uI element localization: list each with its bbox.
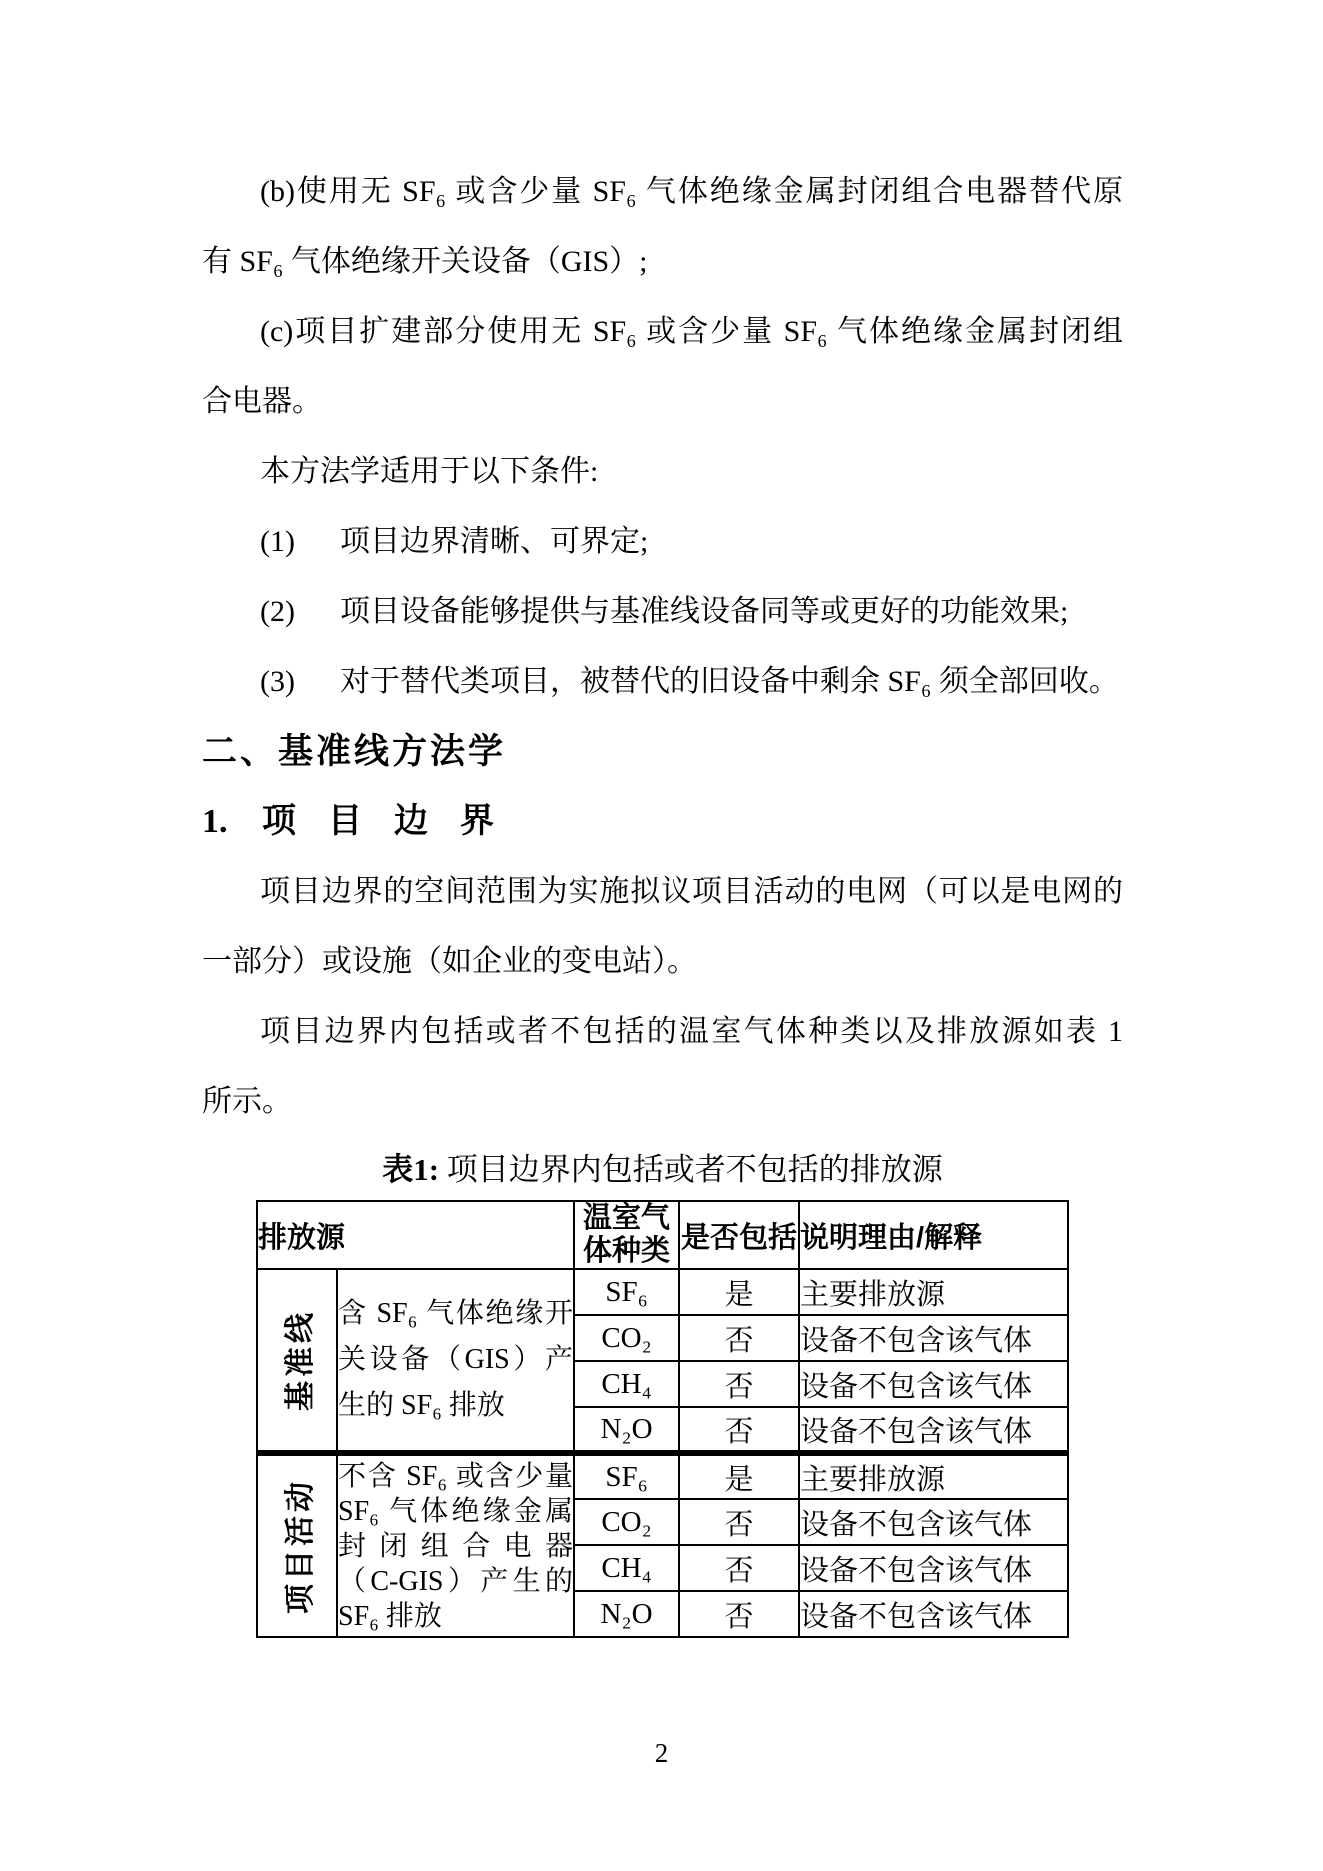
desc-line: SF₆ 气体绝缘金属 — [338, 1494, 573, 1529]
emissions-table: 排放源 温室气 体种类 是否包括 说明理由/解释 基准线 含 SF₆ 气体绝缘开… — [256, 1200, 1069, 1638]
header-source: 排放源 — [257, 1201, 574, 1269]
paragraph-line: 项目边界内包括或者不包括的温室气体种类以及排放源如表 1 — [202, 997, 1123, 1067]
gas-cell: CO₂ — [574, 1499, 679, 1545]
header-reason: 说明理由/解释 — [799, 1201, 1068, 1269]
paragraph-line: (b)使用无 SF₆ 或含少量 SF₆ 气体绝缘金属封闭组合电器替代原 — [202, 157, 1123, 227]
desc-line: 封闭组合电器 — [338, 1529, 573, 1564]
group-desc-baseline: 含 SF₆ 气体绝缘开 关设备（GIS）产 生的 SF₆ 排放 — [337, 1269, 574, 1453]
paragraph-line: 项目边界的空间范围为实施拟议项目活动的电网（可以是电网的 — [202, 857, 1123, 927]
list-item-text: 项目边界清晰、可界定; — [340, 525, 648, 558]
list-item: (2)项目设备能够提供与基准线设备同等或更好的功能效果; — [202, 577, 1123, 647]
include-cell: 是 — [679, 1269, 799, 1315]
desc-line: 不含 SF₆ 或含少量 — [338, 1459, 573, 1494]
gas-cell: SF₆ — [574, 1453, 679, 1499]
list-item-marker: (1) — [260, 507, 340, 577]
paragraph-line: (c)项目扩建部分使用无 SF₆ 或含少量 SF₆ 气体绝缘金属封闭组 — [202, 297, 1123, 367]
page-number: 2 — [0, 1738, 1323, 1769]
table-caption-text: 项目边界内包括或者不包括的排放源 — [447, 1152, 943, 1187]
header-gas-line1: 温室气 — [575, 1202, 678, 1235]
reason-cell: 设备不包含该气体 — [799, 1591, 1068, 1637]
table-header-row: 排放源 温室气 体种类 是否包括 说明理由/解释 — [257, 1201, 1068, 1269]
gas-cell: CH₄ — [574, 1361, 679, 1407]
list-item-marker: (2) — [260, 577, 340, 647]
desc-line: 生的 SF₆ 排放 — [338, 1383, 573, 1429]
paragraph-line: 合电器。 — [202, 367, 1123, 437]
group-label-text: 基准线 — [275, 1309, 319, 1411]
reason-cell: 设备不包含该气体 — [799, 1545, 1068, 1591]
paragraph-line: 有 SF₆ 气体绝缘开关设备（GIS）; — [202, 227, 1123, 297]
paragraph-line: 所示。 — [202, 1067, 1123, 1137]
include-cell: 否 — [679, 1499, 799, 1545]
reason-cell: 主要排放源 — [799, 1453, 1068, 1499]
header-included: 是否包括 — [679, 1201, 799, 1269]
gas-cell: CH₄ — [574, 1545, 679, 1591]
table-caption-label: 表1: — [382, 1152, 439, 1187]
header-gas-type: 温室气 体种类 — [574, 1201, 679, 1269]
document-body: (b)使用无 SF₆ 或含少量 SF₆ 气体绝缘金属封闭组合电器替代原 有 SF… — [202, 157, 1123, 1137]
gas-cell: N₂O — [574, 1407, 679, 1453]
group-label-project: 项目活动 — [257, 1453, 337, 1637]
include-cell: 否 — [679, 1545, 799, 1591]
include-cell: 否 — [679, 1591, 799, 1637]
list-item-text: 对于替代类项目，被替代的旧设备中剩余 SF₆ 须全部回收。 — [340, 665, 1119, 698]
gas-cell: CO₂ — [574, 1315, 679, 1361]
group-desc-project: 不含 SF₆ 或含少量 SF₆ 气体绝缘金属 封闭组合电器 （C-GIS）产生的… — [337, 1453, 574, 1637]
group-label-baseline: 基准线 — [257, 1269, 337, 1453]
gas-cell: SF₆ — [574, 1269, 679, 1315]
list-item-text: 项目设备能够提供与基准线设备同等或更好的功能效果; — [340, 595, 1068, 628]
include-cell: 是 — [679, 1453, 799, 1499]
subsection-heading: 1.项目边界 — [202, 787, 1123, 857]
include-cell: 否 — [679, 1315, 799, 1361]
desc-line: 关设备（GIS）产 — [338, 1337, 573, 1383]
subsection-title: 项目边界 — [262, 803, 526, 840]
reason-cell: 设备不包含该气体 — [799, 1407, 1068, 1453]
paragraph-line: 本方法学适用于以下条件: — [202, 437, 1123, 507]
include-cell: 否 — [679, 1407, 799, 1453]
reason-cell: 设备不包含该气体 — [799, 1499, 1068, 1545]
document-page: (b)使用无 SF₆ 或含少量 SF₆ 气体绝缘金属封闭组合电器替代原 有 SF… — [0, 0, 1323, 1871]
desc-line: SF₆ 排放 — [338, 1599, 573, 1634]
list-item-marker: (3) — [260, 647, 340, 717]
desc-line: （C-GIS）产生的 — [338, 1564, 573, 1599]
paragraph-line: 一部分）或设施（如企业的变电站）。 — [202, 927, 1123, 997]
reason-cell: 设备不包含该气体 — [799, 1315, 1068, 1361]
reason-cell: 主要排放源 — [799, 1269, 1068, 1315]
list-item: (1)项目边界清晰、可界定; — [202, 507, 1123, 577]
table-row: 项目活动 不含 SF₆ 或含少量 SF₆ 气体绝缘金属 封闭组合电器 （C-GI… — [257, 1453, 1068, 1499]
header-gas-line2: 体种类 — [575, 1235, 678, 1268]
table-row: 基准线 含 SF₆ 气体绝缘开 关设备（GIS）产 生的 SF₆ 排放 SF₆ … — [257, 1269, 1068, 1315]
section-heading: 二、基准线方法学 — [202, 717, 1123, 787]
include-cell: 否 — [679, 1361, 799, 1407]
reason-cell: 设备不包含该气体 — [799, 1361, 1068, 1407]
gas-cell: N₂O — [574, 1591, 679, 1637]
list-item: (3)对于替代类项目，被替代的旧设备中剩余 SF₆ 须全部回收。 — [202, 647, 1123, 717]
table-caption: 表1: 项目边界内包括或者不包括的排放源 — [202, 1139, 1123, 1201]
desc-line: 含 SF₆ 气体绝缘开 — [338, 1291, 573, 1337]
subsection-number: 1. — [202, 787, 262, 857]
group-label-text: 项目活动 — [275, 1478, 319, 1614]
